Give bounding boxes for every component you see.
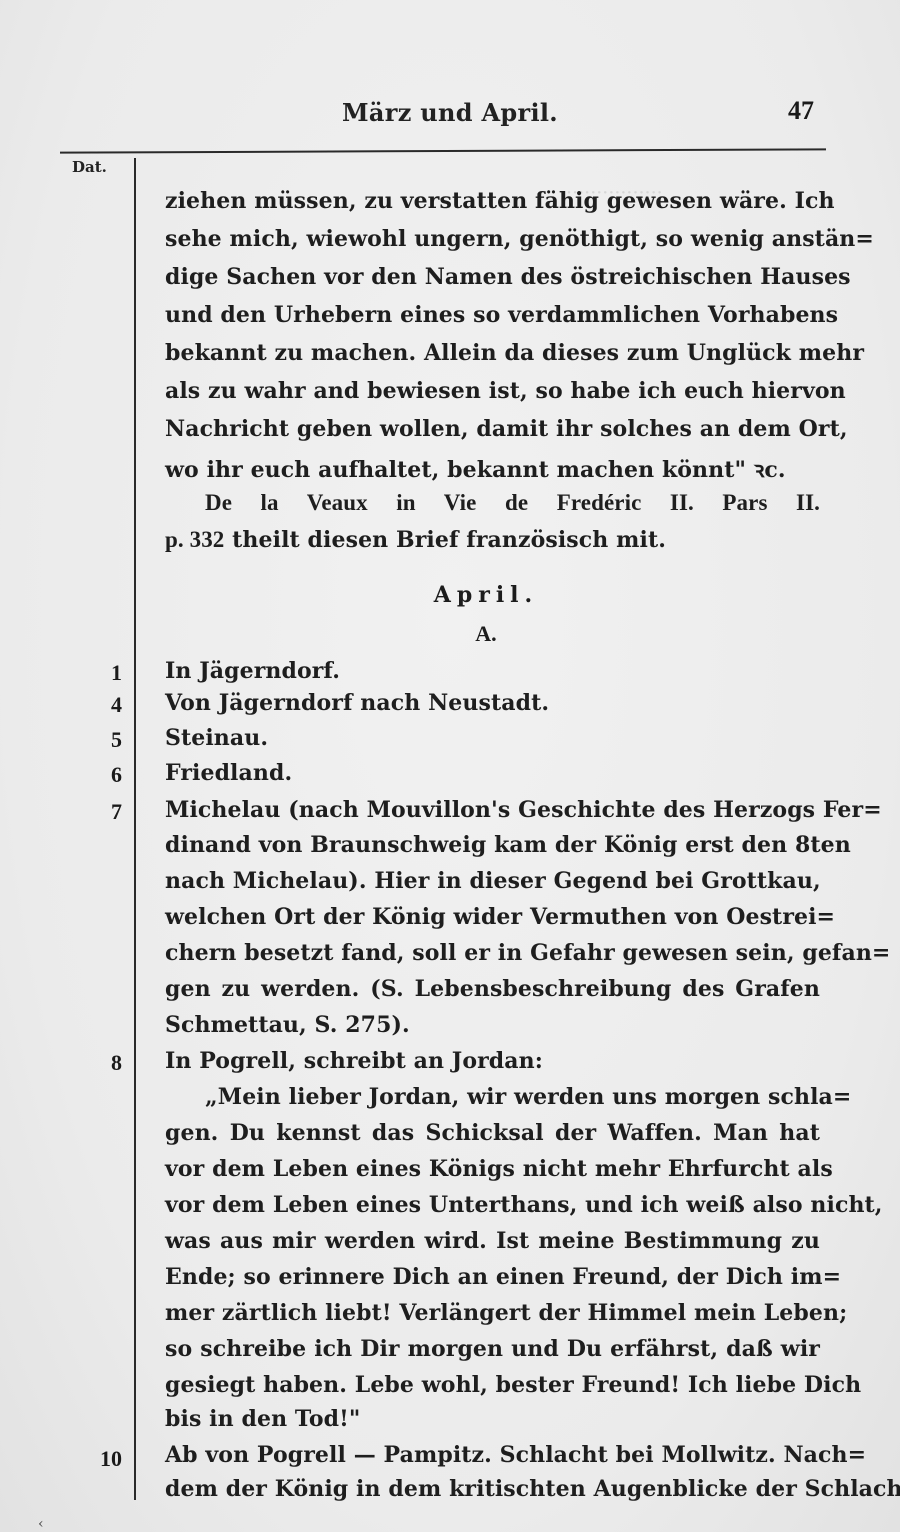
- entry-text: welchen Ort der König wider Vermuthen vo…: [165, 904, 820, 930]
- header-rule: [60, 148, 826, 153]
- entry-text: Steinau.: [165, 725, 820, 751]
- text-line: bekannt zu machen. Allein da dieses zum …: [165, 340, 820, 366]
- text-line: wo ihr euch aufhaltet, bekannt machen kö…: [165, 454, 820, 484]
- quote-line: „Mein lieber Jordan, wir werden uns morg…: [205, 1084, 820, 1110]
- entry-text: nach Michelau). Hier in dieser Gegend be…: [165, 868, 820, 894]
- citation-page-ref: p. 332: [165, 527, 224, 552]
- entry-text: In Pogrell, schreibt an Jordan:: [165, 1048, 820, 1074]
- entry-text: Schmettau, S. 275).: [165, 1012, 820, 1038]
- entry-text: dinand von Braunschweig kam der König er…: [165, 832, 820, 858]
- quote-line: gesiegt haben. Lebe wohl, bester Freund!…: [165, 1372, 820, 1398]
- entry-date: 1: [70, 660, 122, 686]
- entry-date: 6: [70, 762, 122, 788]
- quote-line: mer zärtlich liebt! Verlängert der Himme…: [165, 1300, 820, 1326]
- entry-text: Michelau (nach Mouvillon's Geschichte de…: [165, 797, 820, 823]
- quote-line: Ende; so erinnere Dich an einen Freund, …: [165, 1264, 820, 1290]
- entry-date: 5: [70, 727, 122, 753]
- quote-line: bis in den Tod!": [165, 1406, 820, 1432]
- date-column-label: Dat.: [72, 158, 107, 176]
- text-line: und den Urhebern eines so verdammlichen …: [165, 302, 820, 328]
- entry-text: In Jägerndorf.: [165, 658, 820, 684]
- entry-text: dem der König in dem kritischten Augenbl…: [165, 1476, 820, 1502]
- margin-mark: ‹: [38, 1516, 44, 1532]
- entry-text: Von Jägerndorf nach Neustadt.: [165, 690, 820, 716]
- quote-line: vor dem Leben eines Königs nicht mehr Eh…: [165, 1156, 820, 1182]
- text-line: dige Sachen vor den Namen des östreichis…: [165, 264, 820, 290]
- entry-date: 7: [70, 799, 122, 825]
- date-column-rule: [134, 158, 136, 1500]
- entry-text: Ab von Pogrell — Pampitz. Schlacht bei M…: [165, 1442, 820, 1468]
- quote-line: vor dem Leben eines Unterthans, und ich …: [165, 1192, 820, 1218]
- text-line: ziehen müssen, zu verstatten fähig gewes…: [165, 188, 820, 214]
- quote-line: so schreibe ich Dir morgen und Du erfähr…: [165, 1336, 820, 1362]
- page-number: 47: [788, 96, 814, 126]
- citation-line: p. 332 theilt diesen Brief französisch m…: [165, 527, 820, 553]
- text-line: Nachricht geben wollen, damit ihr solche…: [165, 416, 820, 442]
- section-subheading: A.: [136, 621, 836, 647]
- entry-text: gen zu werden. (S. Lebensbeschreibung de…: [165, 976, 820, 1002]
- entry-date: 10: [70, 1446, 122, 1472]
- citation-line: De la Veaux in Vie de Fredéric II. Pars …: [205, 490, 820, 516]
- entry-text: Friedland.: [165, 760, 820, 786]
- quote-line: gen. Du kennst das Schicksal der Waffen.…: [165, 1120, 820, 1146]
- entry-date: 8: [70, 1050, 122, 1076]
- entry-text: chern besetzt fand, soll er in Gefahr ge…: [165, 940, 820, 966]
- text-line: als zu wahr and bewiesen ist, so habe ic…: [165, 378, 820, 404]
- text-line: sehe mich, wiewohl ungern, genöthigt, so…: [165, 226, 820, 252]
- quote-line: was aus mir werden wird. Ist meine Besti…: [165, 1228, 820, 1254]
- month-heading: April.: [136, 582, 836, 608]
- entry-date: 4: [70, 692, 122, 718]
- running-title: März und April.: [0, 98, 900, 127]
- book-page: ················· März und April. 47 Dat…: [0, 0, 900, 1532]
- citation-text: theilt diesen Brief französisch mit.: [224, 527, 666, 553]
